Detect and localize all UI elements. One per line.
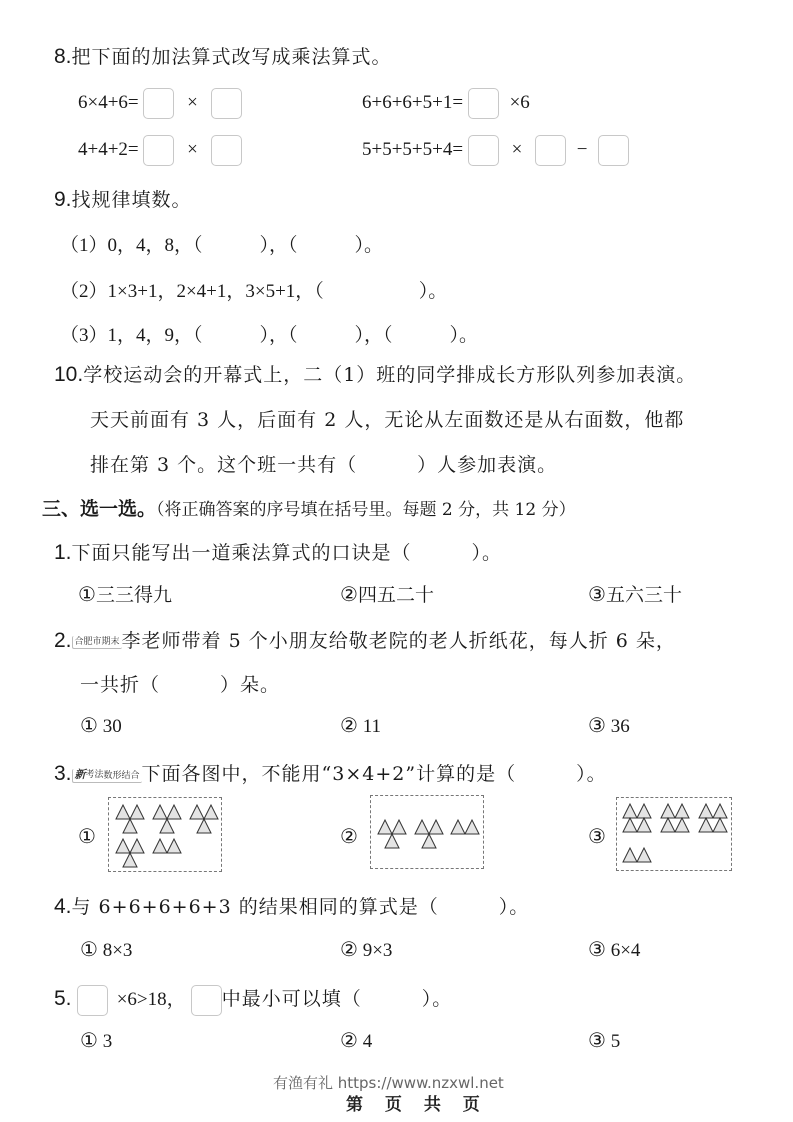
mc2-question: 2.合肥市期末李老师带着 5 个小朋友给敬老院的老人折纸花，每人折 6 朵， xyxy=(54,626,676,653)
circled-three: ③ xyxy=(588,1028,606,1052)
q8-row1-left: 6×4+6= × xyxy=(78,86,242,120)
mc4-text[interactable]: 与 6+6+6+6+3 的结果相同的算式是（ ）。 xyxy=(72,896,530,918)
answer-box[interactable] xyxy=(468,135,499,166)
option-text: 五六三十 xyxy=(606,584,682,606)
q8-number: 8. xyxy=(54,45,72,68)
answer-box[interactable] xyxy=(211,135,242,166)
q8-expr: 5+5+5+5+4= xyxy=(362,139,463,160)
mc1-option-1[interactable]: ①三三得九 xyxy=(78,580,172,607)
circled-two: ② xyxy=(340,582,358,606)
q10-number: 10. xyxy=(54,363,83,386)
q9-item-1: （1）0，4，8，（ ），（ ）。 xyxy=(60,230,383,257)
q9-number: 9. xyxy=(54,188,72,211)
minus-sign: − xyxy=(577,139,588,160)
circled-one: ① xyxy=(78,582,96,606)
mc1-option-2[interactable]: ②四五二十 xyxy=(340,580,434,607)
q9-item-label: （1） xyxy=(60,235,108,256)
mc3-text[interactable]: 下面各图中，不能用“3×4+2”计算的是（ ）。 xyxy=(142,763,607,785)
answer-box[interactable] xyxy=(143,135,174,166)
circled-three: ③ xyxy=(588,937,606,961)
q10-line-2: 天天前面有 3 人，后面有 2 人，无论从左面数还是从右面数，他都 xyxy=(90,405,684,432)
footer-page-number: 第 页 共 页 xyxy=(346,1090,488,1115)
tag-new: 新 xyxy=(75,768,86,781)
q9-title: 找规律填数。 xyxy=(72,189,192,211)
q8-row2-left: 4+4+2= × xyxy=(78,133,242,167)
mc2-text-line-2[interactable]: 一共折（ ）朵。 xyxy=(80,670,280,697)
tag-topic: 数形结合 xyxy=(104,771,140,781)
q10-text: 学校运动会的开幕式上，二（1）班的同学排成长方形队列参加表演。 xyxy=(83,364,696,386)
mc3-option-2-mark[interactable]: ② xyxy=(340,824,358,848)
mc1-option-3[interactable]: ③五六三十 xyxy=(588,580,682,607)
mc5-option-3[interactable]: ③ 5 xyxy=(588,1028,620,1053)
option-text: 3 xyxy=(103,1031,113,1052)
mc5-option-2[interactable]: ② 4 xyxy=(340,1028,372,1053)
option-text: 36 xyxy=(611,716,630,737)
mc5-text[interactable]: 中最小可以填（ ）。 xyxy=(222,988,453,1010)
option-text: 30 xyxy=(103,716,122,737)
q8-heading: 8.把下面的加法算式改写成乘法算式。 xyxy=(54,42,392,69)
answer-box[interactable] xyxy=(468,88,499,119)
q8-title: 把下面的加法算式改写成乘法算式。 xyxy=(72,46,392,68)
mc4-option-3[interactable]: ③ 6×4 xyxy=(588,937,640,962)
circled-two: ② xyxy=(340,1028,358,1052)
mc1-text[interactable]: 下面只能写出一道乘法算式的口诀是（ ）。 xyxy=(72,542,503,564)
q8-row2-right: 5+5+5+5+4= × − xyxy=(362,133,629,167)
mc3-figure-1[interactable] xyxy=(108,797,222,872)
circled-one: ① xyxy=(80,1028,98,1052)
option-text: 8×3 xyxy=(103,940,133,961)
mc1-number: 1. xyxy=(54,541,72,564)
q9-heading: 9.找规律填数。 xyxy=(54,185,192,212)
mc2-number: 2. xyxy=(54,629,72,652)
section-note: （将正确答案的序号填在括号里。每题 2 分，共 12 分） xyxy=(156,500,576,520)
section-3-heading: 三、选一选。（将正确答案的序号填在括号里。每题 2 分，共 12 分） xyxy=(42,494,576,521)
mc5-expr: ×6>18， xyxy=(117,989,186,1010)
mc5-option-1[interactable]: ① 3 xyxy=(80,1028,112,1053)
q9-item-2: （2）1×3+1，2×4+1，3×5+1，（ ）。 xyxy=(60,276,447,303)
answer-box[interactable] xyxy=(211,88,242,119)
option-text: 6×4 xyxy=(611,940,641,961)
times-sign: × xyxy=(187,92,198,113)
q8-row1-right: 6+6+6+5+1= ×6 xyxy=(362,86,530,120)
q9-item-label: （3） xyxy=(60,325,108,346)
option-text: 四五二十 xyxy=(358,584,434,606)
option-text: 9×3 xyxy=(363,940,393,961)
circled-two: ② xyxy=(340,937,358,961)
answer-box[interactable] xyxy=(191,985,222,1016)
q8-expr: 6×4+6= xyxy=(78,92,139,113)
new-method-tag: 新考法数形结合 xyxy=(72,769,142,783)
triangle-groups-icon xyxy=(617,798,731,870)
section-title: 三、选一选。 xyxy=(42,498,156,520)
q9-item-text[interactable]: 1×3+1，2×4+1，3×5+1，（ ）。 xyxy=(108,281,448,302)
q9-item-3: （3）1，4，9，（ ），（ ），（ ）。 xyxy=(60,320,478,347)
circled-two: ② xyxy=(340,713,358,737)
q9-item-label: （2） xyxy=(60,281,108,302)
mc2-option-1[interactable]: ① 30 xyxy=(80,713,122,738)
mc5-number: 5. xyxy=(54,987,72,1010)
mc4-option-1[interactable]: ① 8×3 xyxy=(80,937,132,962)
triangle-groups-icon xyxy=(371,796,483,868)
answer-box[interactable] xyxy=(143,88,174,119)
mc5-question: 5. ×6>18， 中最小可以填（ ）。 xyxy=(54,982,452,1017)
mc4-question: 4.与 6+6+6+6+3 的结果相同的算式是（ ）。 xyxy=(54,892,529,919)
source-tag: 合肥市期末 xyxy=(72,636,122,649)
q10-line-3[interactable]: 排在第 3 个。这个班一共有（ ）人参加表演。 xyxy=(90,450,557,477)
mc3-figure-2[interactable] xyxy=(370,795,484,869)
circled-three: ③ xyxy=(588,582,606,606)
option-text: 5 xyxy=(611,1031,621,1052)
option-text: 11 xyxy=(363,716,381,737)
mc4-option-2[interactable]: ② 9×3 xyxy=(340,937,392,962)
mc2-option-2[interactable]: ② 11 xyxy=(340,713,381,738)
mc3-figure-3[interactable] xyxy=(616,797,732,871)
mc4-number: 4. xyxy=(54,895,72,918)
q9-item-text[interactable]: 0，4，8，（ ），（ ）。 xyxy=(108,235,384,256)
answer-box[interactable] xyxy=(535,135,566,166)
mc3-option-1-mark[interactable]: ① xyxy=(78,824,96,848)
q8-expr: 4+4+2= xyxy=(78,139,139,160)
circled-one: ① xyxy=(80,937,98,961)
mc2-option-3[interactable]: ③ 36 xyxy=(588,713,630,738)
times-sign: × xyxy=(512,139,523,160)
triangle-groups-icon xyxy=(109,798,221,871)
option-text: 4 xyxy=(363,1031,373,1052)
mc3-question: 3.新考法数形结合下面各图中，不能用“3×4+2”计算的是（ ）。 xyxy=(54,759,607,786)
mc3-number: 3. xyxy=(54,762,72,785)
circled-three: ③ xyxy=(588,713,606,737)
mc1-question: 1.下面只能写出一道乘法算式的口诀是（ ）。 xyxy=(54,538,502,565)
answer-box[interactable] xyxy=(598,135,629,166)
times-sign: × xyxy=(187,139,198,160)
mc2-text: 李老师带着 5 个小朋友给敬老院的老人折纸花，每人折 6 朵， xyxy=(122,630,676,652)
option-text: 三三得九 xyxy=(96,584,172,606)
mc3-option-3-mark[interactable]: ③ xyxy=(588,824,606,848)
q8-expr: 6+6+6+5+1= xyxy=(362,92,463,113)
times-six: ×6 xyxy=(510,92,530,113)
tag-method: 考法 xyxy=(86,770,104,780)
q10-line-1: 10.学校运动会的开幕式上，二（1）班的同学排成长方形队列参加表演。 xyxy=(54,360,696,387)
circled-one: ① xyxy=(80,713,98,737)
answer-box[interactable] xyxy=(77,985,108,1016)
q9-item-text[interactable]: 1，4，9，（ ），（ ），（ ）。 xyxy=(108,325,479,346)
